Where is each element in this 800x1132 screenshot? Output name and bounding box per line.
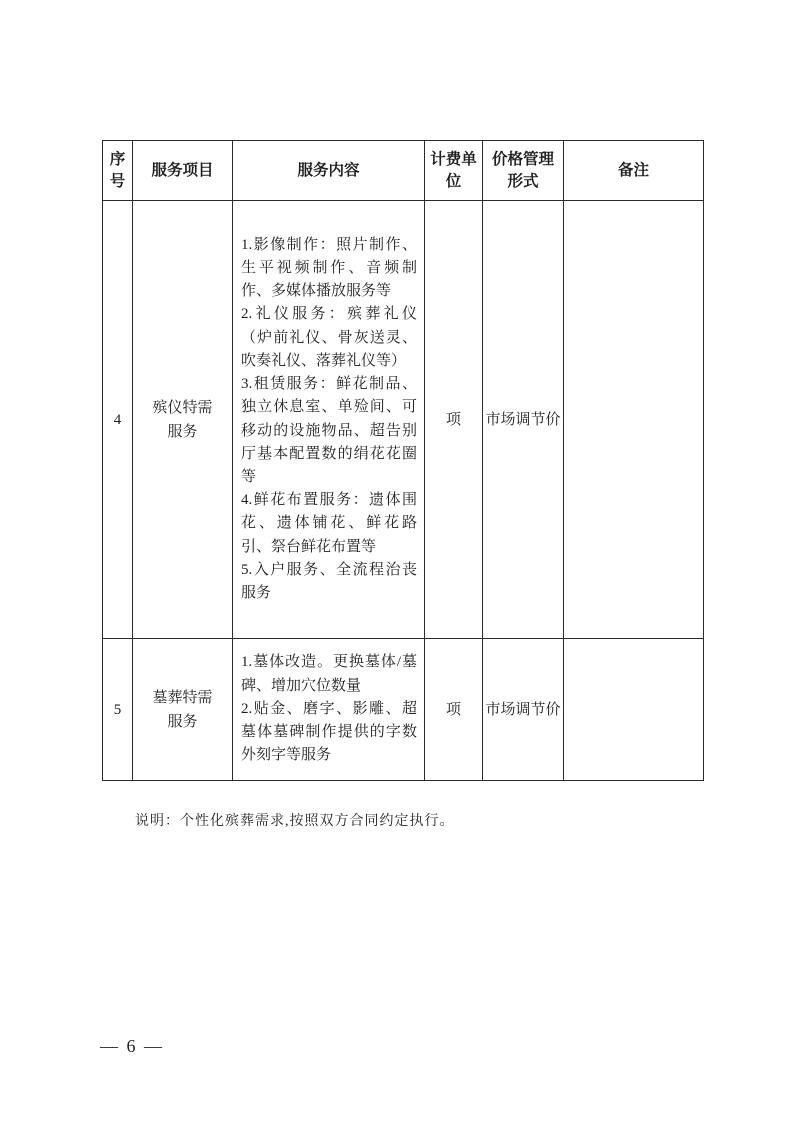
content-item: 2.礼仪服务：殡葬礼仪（炉前礼仪、骨灰送灵、吹奏礼仪、落葬礼仪等） <box>241 303 417 373</box>
remark-cell <box>564 639 704 781</box>
table-row-burial-special-services: 5 墓葬特需服务 1.墓体改造。更换墓体/墓碑、增加穴位数量 2.贴金、磨字、影… <box>103 639 704 781</box>
service-content-cell: 1.影像制作：照片制作、生平视频制作、音频制作、多媒体播放服务等 2.礼仪服务：… <box>233 201 425 639</box>
price-management-form: 市场调节价 <box>483 639 564 781</box>
content-item: 2.贴金、磨字、影雕、超墓体墓碑制作提供的字数外刻字等服务 <box>241 698 417 768</box>
col-header-service-content: 服务内容 <box>233 141 425 201</box>
billing-unit: 项 <box>425 639 483 781</box>
service-content-cell: 1.墓体改造。更换墓体/墓碑、增加穴位数量 2.贴金、磨字、影雕、超墓体墓碑制作… <box>233 639 425 781</box>
col-header-remark: 备注 <box>564 141 704 201</box>
explanation-note: 说明：个性化殡葬需求,按照双方合同约定执行。 <box>135 812 455 832</box>
content-item: 3.租赁服务：鲜花制品、独立休息室、单殓间、可移动的设施物品、超告别厅基本配置数… <box>241 373 417 489</box>
document-page: 序号 服务项目 服务内容 计费单位 价格管理形式 备注 4 殡仪特需服务 1.影… <box>0 0 800 1132</box>
col-header-service-item: 服务项目 <box>133 141 233 201</box>
content-item: 1.影像制作：照片制作、生平视频制作、音频制作、多媒体播放服务等 <box>241 234 417 304</box>
row-no: 5 <box>103 639 133 781</box>
service-item-name: 殡仪特需服务 <box>133 201 233 639</box>
service-item-name: 墓葬特需服务 <box>133 639 233 781</box>
table-row-funeral-special-services: 4 殡仪特需服务 1.影像制作：照片制作、生平视频制作、音频制作、多媒体播放服务… <box>103 201 704 639</box>
remark-cell <box>564 201 704 639</box>
content-item: 1.墓体改造。更换墓体/墓碑、增加穴位数量 <box>241 651 417 697</box>
col-header-billing-unit: 计费单位 <box>425 141 483 201</box>
price-management-form: 市场调节价 <box>483 201 564 639</box>
content-item: 4.鲜花布置服务：遗体围花、遗体铺花、鲜花路引、祭台鲜花布置等 <box>241 489 417 559</box>
page-number: — 6 — <box>100 1036 164 1057</box>
col-header-price-management-form: 价格管理形式 <box>483 141 564 201</box>
service-pricing-table: 序号 服务项目 服务内容 计费单位 价格管理形式 备注 4 殡仪特需服务 1.影… <box>102 140 704 781</box>
billing-unit: 项 <box>425 201 483 639</box>
table-header-row: 序号 服务项目 服务内容 计费单位 价格管理形式 备注 <box>103 141 704 201</box>
content-item: 5.入户服务、全流程治丧服务 <box>241 559 417 605</box>
col-header-no: 序号 <box>103 141 133 201</box>
row-no: 4 <box>103 201 133 639</box>
